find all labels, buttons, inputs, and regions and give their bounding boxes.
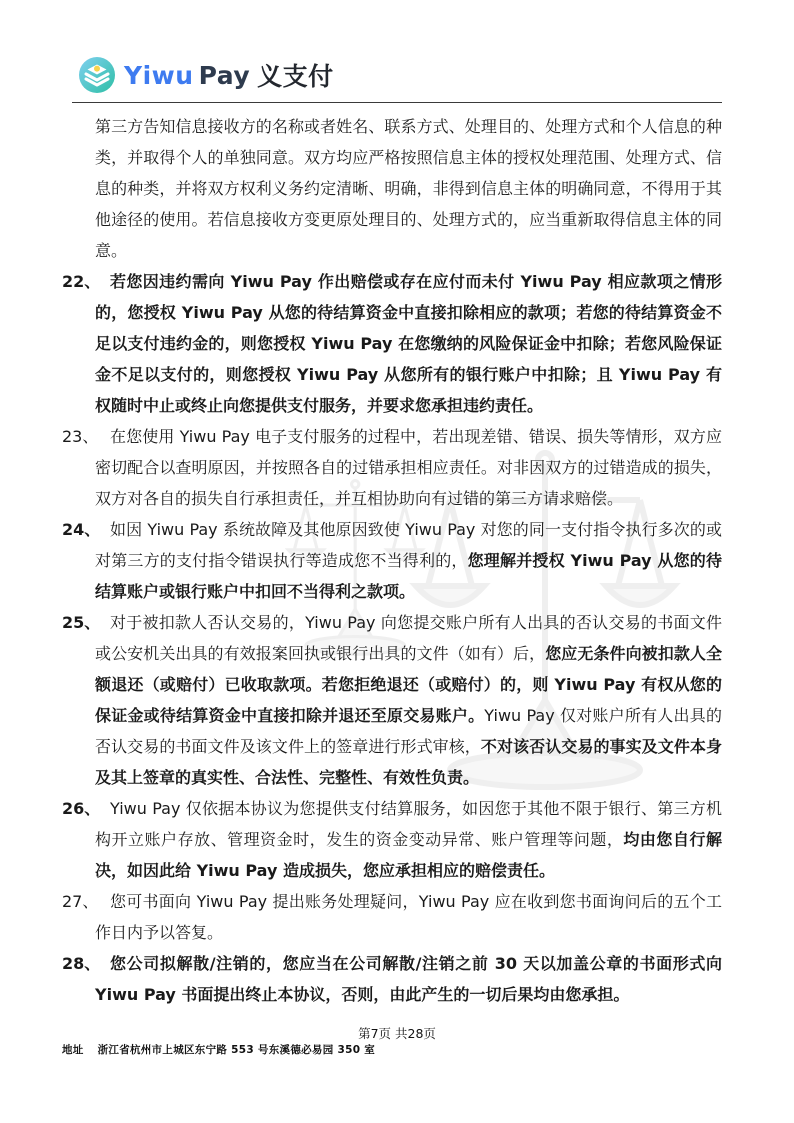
header-divider [72,102,722,103]
item-text: 对于被扣款人否认交易的，Yiwu Pay 向您提交账户所有人出具的否认交易的书面… [95,607,722,793]
yiwupay-logo: Yiwu Pay 义支付 [78,55,334,95]
list-item: 25、对于被扣款人否认交易的，Yiwu Pay 向您提交账户所有人出具的否认交易… [62,607,722,793]
address-label: 地址 [62,1044,84,1056]
yiwupay-logo-icon [78,56,116,94]
text-segment: 若您因违约需向 Yiwu Pay 作出赔偿或存在应付而未付 Yiwu Pay 相… [95,272,722,415]
terms-list: 22、若您因违约需向 Yiwu Pay 作出赔偿或存在应付而未付 Yiwu Pa… [62,266,722,1010]
item-text: 您可书面向 Yiwu Pay 提出账务处理疑问，Yiwu Pay 应在收到您书面… [95,886,722,948]
address-value: 浙江省杭州市上城区东宁路 553 号东溪德必易园 350 室 [98,1044,375,1056]
document-page: Yiwu Pay 义支付 第三方告知信息接收方的名称或者姓名、联系方式、处理目的… [0,0,794,1123]
intro-paragraph: 第三方告知信息接收方的名称或者姓名、联系方式、处理目的、处理方式和个人信息的种类… [95,111,722,266]
item-text: Yiwu Pay 仅依据本协议为您提供支付结算服务，如因您于其他不限于银行、第三… [95,793,722,886]
text-segment: 您公司拟解散/注销的，您应当在公司解散/注销之前 30 天以加盖公章的书面形式向… [95,954,722,1004]
list-item: 27、您可书面向 Yiwu Pay 提出账务处理疑问，Yiwu Pay 应在收到… [62,886,722,948]
item-number: 23、 [62,421,95,452]
item-number: 25、 [62,607,95,638]
list-item: 24、如因 Yiwu Pay 系统故障及其他原因致使 Yiwu Pay 对您的同… [62,514,722,607]
list-item: 22、若您因违约需向 Yiwu Pay 作出赔偿或存在应付而未付 Yiwu Pa… [62,266,722,421]
list-item: 28、您公司拟解散/注销的，您应当在公司解散/注销之前 30 天以加盖公章的书面… [62,948,722,1010]
logo-wordmark: Yiwu Pay 义支付 [124,57,334,93]
page-number: 第7页 共28页 [0,1024,794,1042]
agreement-body: 第三方告知信息接收方的名称或者姓名、联系方式、处理目的、处理方式和个人信息的种类… [62,111,722,1010]
list-item: 23、在您使用 Yiwu Pay 电子支付服务的过程中，若出现差错、错误、损失等… [62,421,722,514]
item-number: 28、 [62,948,95,979]
item-number: 24、 [62,514,95,545]
text-segment: 您可书面向 Yiwu Pay 提出账务处理疑问，Yiwu Pay 应在收到您书面… [95,892,722,942]
list-item: 26、Yiwu Pay 仅依据本协议为您提供支付结算服务，如因您于其他不限于银行… [62,793,722,886]
footer-address: 地址浙江省杭州市上城区东宁路 553 号东溪德必易园 350 室 [62,1042,375,1057]
logo-text-cn: 义支付 [257,57,334,93]
item-text: 如因 Yiwu Pay 系统故障及其他原因致使 Yiwu Pay 对您的同一支付… [95,514,722,607]
logo-text-yiwu: Yiwu [124,61,194,90]
item-text: 在您使用 Yiwu Pay 电子支付服务的过程中，若出现差错、错误、损失等情形，… [95,421,722,514]
item-number: 22、 [62,266,95,297]
item-number: 27、 [62,886,95,917]
item-number: 26、 [62,793,95,824]
text-segment: 在您使用 Yiwu Pay 电子支付服务的过程中，若出现差错、错误、损失等情形，… [95,427,722,508]
item-text: 您公司拟解散/注销的，您应当在公司解散/注销之前 30 天以加盖公章的书面形式向… [95,948,722,1010]
logo-text-pay: Pay [199,61,251,90]
item-text: 若您因违约需向 Yiwu Pay 作出赔偿或存在应付而未付 Yiwu Pay 相… [95,266,722,421]
